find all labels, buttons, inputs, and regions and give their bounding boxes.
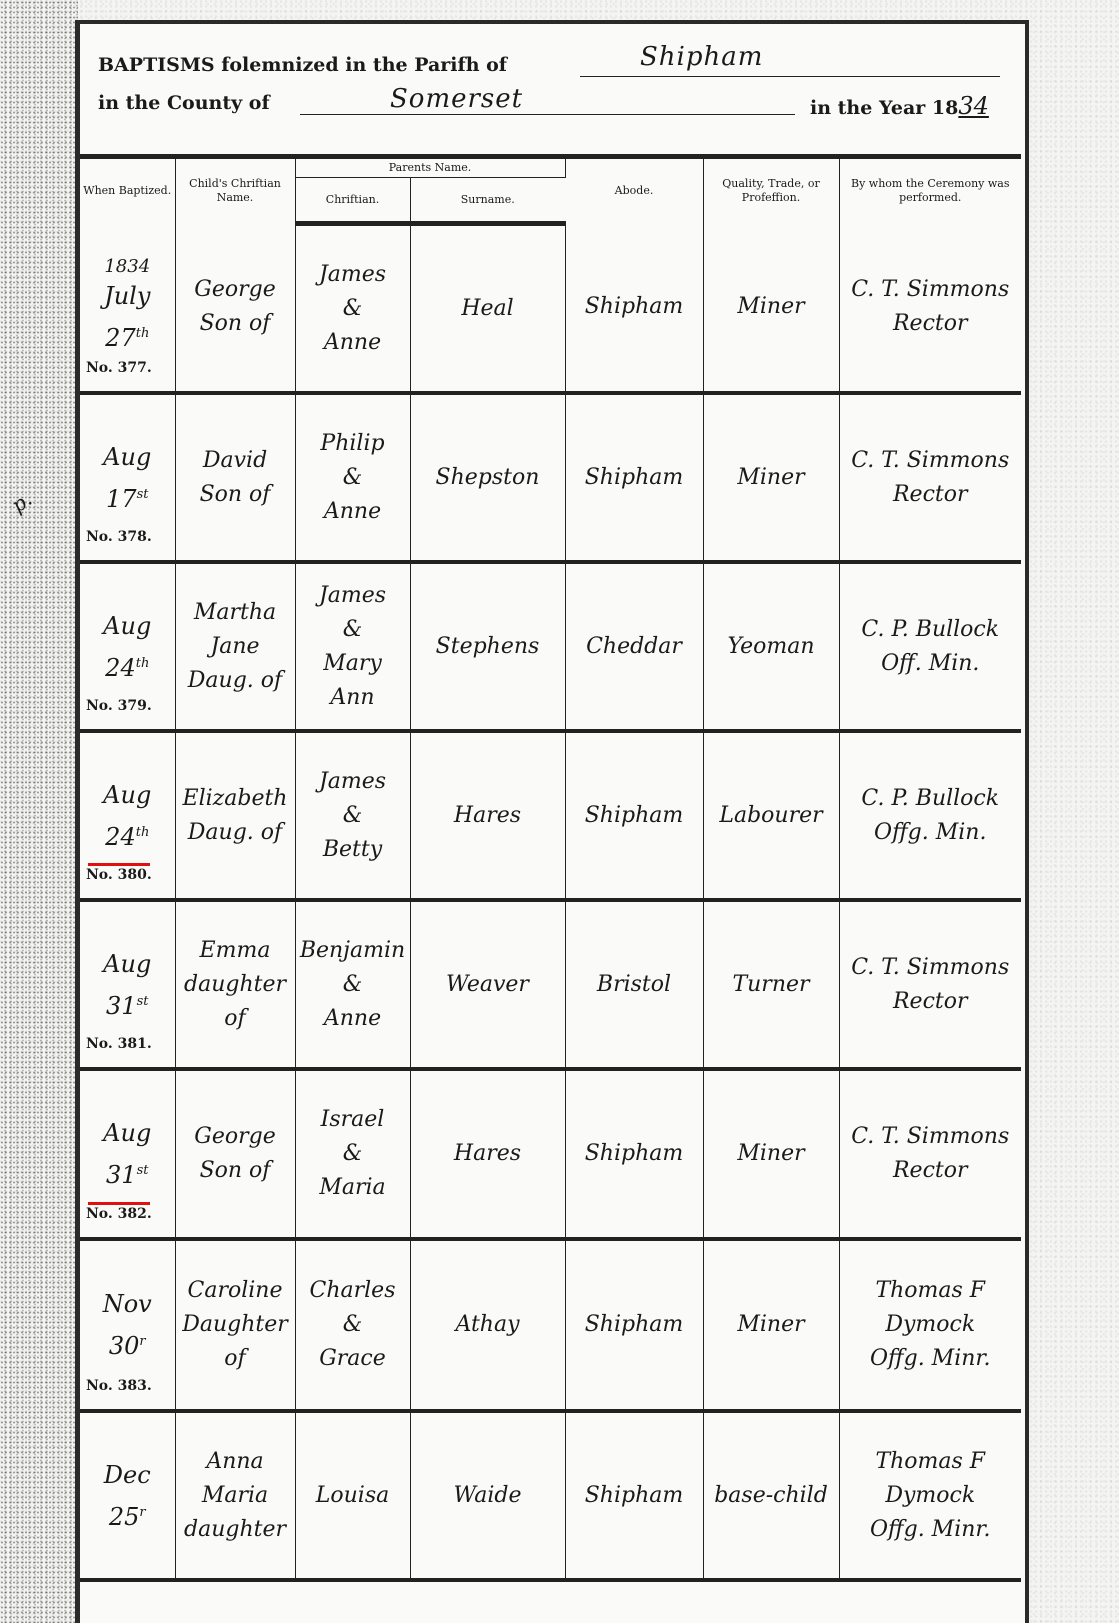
cell-when-baptized: Aug 24thNo. 380.	[80, 731, 175, 900]
parent-name-line: Israel	[300, 1103, 406, 1137]
cell-when-baptized: Dec 25r	[80, 1411, 175, 1580]
baptism-date: Nov 30r	[84, 1285, 171, 1365]
cell-quality: Miner	[703, 224, 839, 394]
parent-name-line: Anne	[300, 1002, 406, 1036]
officiant-line: C. P. Bullock	[844, 782, 1018, 816]
cell-surname: Hares	[410, 731, 565, 900]
officiant-line: Rector	[844, 307, 1018, 341]
officiant-line: Offg. Minr.	[844, 1513, 1018, 1547]
parent-name-line: &	[300, 613, 406, 647]
year-prefix: in the Year 18	[810, 97, 958, 119]
officiant-line: Offg. Min.	[844, 816, 1018, 850]
cell-abode: Shipham	[565, 393, 703, 562]
county-blank-line	[300, 114, 795, 115]
scan-margin	[0, 0, 78, 1623]
col-header-abode: Abode.	[565, 157, 703, 224]
baptism-register-table: When Baptized. Child's Chriftian Name. P…	[80, 154, 1021, 1582]
col-header-parents-christian: Chriftian.	[295, 178, 410, 224]
parent-name-line: &	[300, 1137, 406, 1171]
register-page: BAPTISMS folemnized in the Parifh of Shi…	[75, 20, 1029, 1623]
entry-number: No. 383.	[86, 1369, 152, 1403]
title-line-parish: BAPTISMS folemnized in the Parifh of	[98, 54, 507, 76]
cell-quality: Miner	[703, 393, 839, 562]
cell-abode: Shipham	[565, 1239, 703, 1411]
cell-when-baptized: 1834July 27thNo. 377.	[80, 224, 175, 394]
entry-number: No. 378.	[86, 520, 152, 554]
cell-surname: Weaver	[410, 900, 565, 1069]
child-name-line: daughter	[180, 1513, 291, 1547]
cell-by-whom: C. P. BullockOff. Min.	[839, 562, 1021, 731]
child-name-line: Caroline	[180, 1274, 291, 1308]
parent-name-line: &	[300, 968, 406, 1002]
register-title-block: BAPTISMS folemnized in the Parifh of Shi…	[90, 54, 1015, 164]
parish-blank-line	[580, 76, 1000, 77]
cell-surname: Hares	[410, 1069, 565, 1239]
officiant-line: Off. Min.	[844, 647, 1018, 681]
cell-when-baptized: Aug 24thNo. 379.	[80, 562, 175, 731]
col-header-parents-surname: Surname.	[410, 178, 565, 224]
cell-parents-christian: James&Betty	[295, 731, 410, 900]
cell-parents-christian: Israel&Maria	[295, 1069, 410, 1239]
cell-parents-christian: James&Anne	[295, 224, 410, 394]
cell-child-name: AnnaMariadaughter	[175, 1411, 295, 1580]
entry-number: No. 379.	[86, 689, 152, 723]
child-name-line: George	[180, 1120, 291, 1154]
child-name-line: Daug. of	[180, 816, 291, 850]
cell-by-whom: C. T. SimmonsRector	[839, 900, 1021, 1069]
cell-parents-christian: James&Mary Ann	[295, 562, 410, 731]
parent-name-line: Louisa	[300, 1479, 406, 1513]
year-note: 1834	[84, 257, 171, 277]
parent-name-line: James	[300, 765, 406, 799]
cell-by-whom: C. T. SimmonsRector	[839, 224, 1021, 394]
parent-name-line: &	[300, 292, 406, 326]
cell-when-baptized: Aug 31stNo. 381.	[80, 900, 175, 1069]
baptism-date: Dec 25r	[84, 1456, 171, 1536]
parent-name-line: James	[300, 579, 406, 613]
child-name-line: Anna	[180, 1445, 291, 1479]
register-row: Aug 24thNo. 379.MarthaJaneDaug. ofJames&…	[80, 562, 1021, 731]
parent-name-line: &	[300, 461, 406, 495]
cell-quality: Miner	[703, 1069, 839, 1239]
cell-abode: Shipham	[565, 1411, 703, 1580]
entry-number: No. 380.	[86, 858, 152, 892]
col-header-when: When Baptized.	[80, 157, 175, 224]
cell-child-name: GeorgeSon of	[175, 1069, 295, 1239]
col-header-child: Child's Chriftian Name.	[175, 157, 295, 224]
parent-name-line: Benjamin	[300, 934, 406, 968]
child-name-line: Son of	[180, 1154, 291, 1188]
register-row: Aug 17stNo. 378.DavidSon ofPhilip&AnneSh…	[80, 393, 1021, 562]
child-name-line: Emma	[180, 934, 291, 968]
baptism-date: July 27th	[84, 277, 171, 357]
register-row: Dec 25rAnnaMariadaughterLouisaWaideShiph…	[80, 1411, 1021, 1580]
child-name-line: David	[180, 444, 291, 478]
parent-name-line: Mary Ann	[300, 647, 406, 715]
officiant-line: C. T. Simmons	[844, 951, 1018, 985]
baptism-date: Aug 24th	[84, 776, 171, 856]
child-name-line: of	[180, 1342, 291, 1376]
cell-quality: Yeoman	[703, 562, 839, 731]
cell-parents-christian: Philip&Anne	[295, 393, 410, 562]
officiant-line: Dymock	[844, 1479, 1018, 1513]
cell-child-name: GeorgeSon of	[175, 224, 295, 394]
child-name-line: Martha	[180, 596, 291, 630]
child-name-line: Daug. of	[180, 664, 291, 698]
officiant-line: C. P. Bullock	[844, 613, 1018, 647]
baptism-date: Aug 17st	[84, 438, 171, 518]
parent-name-line: Anne	[300, 326, 406, 360]
cell-when-baptized: Nov 30rNo. 383.	[80, 1239, 175, 1411]
cell-abode: Shipham	[565, 224, 703, 394]
officiant-line: Rector	[844, 1154, 1018, 1188]
cell-child-name: Emmadaughterof	[175, 900, 295, 1069]
parent-name-line: Maria	[300, 1171, 406, 1205]
officiant-line: Rector	[844, 478, 1018, 512]
cell-surname: Heal	[410, 224, 565, 394]
officiant-line: Offg. Minr.	[844, 1342, 1018, 1376]
cell-surname: Stephens	[410, 562, 565, 731]
cell-quality: Turner	[703, 900, 839, 1069]
register-entries: 1834July 27thNo. 377.GeorgeSon ofJames&A…	[80, 224, 1021, 1581]
parent-name-line: Charles	[300, 1274, 406, 1308]
cell-when-baptized: Aug 17stNo. 378.	[80, 393, 175, 562]
baptism-date: Aug 24th	[84, 607, 171, 687]
entry-number: No. 382.	[86, 1197, 152, 1231]
child-name-line: daughter	[180, 968, 291, 1002]
cell-surname: Shepston	[410, 393, 565, 562]
cell-child-name: CarolineDaughterof	[175, 1239, 295, 1411]
cell-quality: Miner	[703, 1239, 839, 1411]
cell-surname: Athay	[410, 1239, 565, 1411]
cell-child-name: DavidSon of	[175, 393, 295, 562]
baptism-date: Aug 31st	[84, 1114, 171, 1194]
cell-parents-christian: Louisa	[295, 1411, 410, 1580]
cell-surname: Waide	[410, 1411, 565, 1580]
child-name-line: Elizabeth	[180, 782, 291, 816]
cell-quality: Labourer	[703, 731, 839, 900]
cell-child-name: MarthaJaneDaug. of	[175, 562, 295, 731]
cell-by-whom: C. T. SimmonsRector	[839, 1069, 1021, 1239]
cell-abode: Shipham	[565, 731, 703, 900]
entry-number: No. 381.	[86, 1027, 152, 1061]
col-header-quality: Quality, Trade, or Profeffion.	[703, 157, 839, 224]
register-row: Nov 30rNo. 383.CarolineDaughterofCharles…	[80, 1239, 1021, 1411]
cell-when-baptized: Aug 31stNo. 382.	[80, 1069, 175, 1239]
child-name-line: Jane	[180, 630, 291, 664]
cell-child-name: ElizabethDaug. of	[175, 731, 295, 900]
cell-parents-christian: Benjamin&Anne	[295, 900, 410, 1069]
cell-abode: Cheddar	[565, 562, 703, 731]
cell-by-whom: C. T. SimmonsRector	[839, 393, 1021, 562]
parent-name-line: Anne	[300, 495, 406, 529]
child-name-line: George	[180, 273, 291, 307]
register-row: Aug 31stNo. 381.EmmadaughterofBenjamin&A…	[80, 900, 1021, 1069]
parent-name-line: Grace	[300, 1342, 406, 1376]
entry-number: No. 377.	[86, 351, 152, 385]
child-name-line: Daughter	[180, 1308, 291, 1342]
year-label: in the Year 1834	[810, 92, 989, 120]
officiant-line: C. T. Simmons	[844, 273, 1018, 307]
child-name-line: Maria	[180, 1479, 291, 1513]
officiant-line: Rector	[844, 985, 1018, 1019]
parent-name-line: &	[300, 799, 406, 833]
parent-name-line: James	[300, 258, 406, 292]
officiant-line: Dymock	[844, 1308, 1018, 1342]
title-line-county: in the County of	[98, 92, 270, 114]
officiant-line: Thomas F	[844, 1445, 1018, 1479]
register-row: Aug 24thNo. 380.ElizabethDaug. ofJames&B…	[80, 731, 1021, 900]
parish-name: Shipham	[640, 42, 763, 72]
cell-abode: Shipham	[565, 1069, 703, 1239]
cell-abode: Bristol	[565, 900, 703, 1069]
col-header-parents: Parents Name.	[295, 157, 565, 178]
parent-name-line: Philip	[300, 427, 406, 461]
register-row: Aug 31stNo. 382.GeorgeSon ofIsrael&Maria…	[80, 1069, 1021, 1239]
cell-by-whom: Thomas FDymockOffg. Minr.	[839, 1411, 1021, 1580]
county-prefix: in the County of	[98, 92, 270, 114]
cell-quality: base-child	[703, 1411, 839, 1580]
child-name-line: Son of	[180, 307, 291, 341]
officiant-line: Thomas F	[844, 1274, 1018, 1308]
officiant-line: C. T. Simmons	[844, 1120, 1018, 1154]
baptism-date: Aug 31st	[84, 945, 171, 1025]
year-value: 34	[958, 92, 989, 120]
register-row: 1834July 27thNo. 377.GeorgeSon ofJames&A…	[80, 224, 1021, 394]
col-header-by-whom: By whom the Ceremony was performed.	[839, 157, 1021, 224]
title-prefix: BAPTISMS folemnized in the Parifh of	[98, 54, 507, 76]
cell-by-whom: Thomas FDymockOffg. Minr.	[839, 1239, 1021, 1411]
officiant-line: C. T. Simmons	[844, 444, 1018, 478]
parent-name-line: &	[300, 1308, 406, 1342]
cell-parents-christian: Charles&Grace	[295, 1239, 410, 1411]
county-name: Somerset	[390, 84, 523, 114]
cell-by-whom: C. P. BullockOffg. Min.	[839, 731, 1021, 900]
child-name-line: Son of	[180, 478, 291, 512]
child-name-line: of	[180, 1002, 291, 1036]
parent-name-line: Betty	[300, 833, 406, 867]
